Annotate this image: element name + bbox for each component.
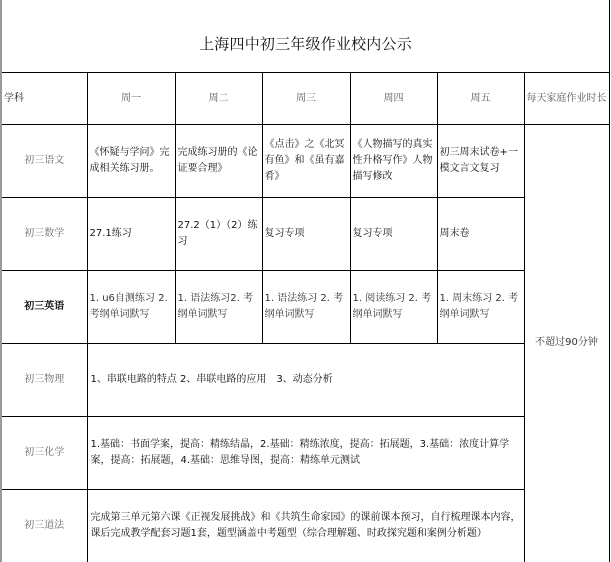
chinese-thursday: 《人物描写的真实性升格写作》人物描写修改 (350, 125, 437, 198)
subject-math: 初三数学 (2, 198, 87, 271)
math-monday: 27.1练习 (87, 198, 175, 271)
table-row-morality-law: 初三道法 完成第三单元第六课《正视发展挑战》和《共筑生命家园》的课前课本预习，自… (2, 490, 609, 562)
table-row-physics: 初三物理 1、串联电路的特点 2、串联电路的应用 3、动态分析 (2, 344, 609, 417)
table-row-english: 初三英语 1. u6自测练习 2. 考纲单词默写 1. 语法练习2. 考纲单词默… (2, 271, 609, 344)
header-thursday: 周四 (350, 73, 437, 125)
header-subject: 学科 (2, 73, 87, 125)
chinese-wednesday: 《点击》之《北冥有鱼》和《虽有嘉肴》 (262, 125, 350, 198)
english-thursday: 1. 阅读练习 2. 考纲单词默写 (350, 271, 437, 344)
english-monday: 1. u6自测练习 2. 考纲单词默写 (87, 271, 175, 344)
subject-physics: 初三物理 (2, 344, 87, 417)
header-duration: 每天家庭作业时长 (524, 73, 609, 125)
chinese-friday: 初三周末试卷+一模文言文复习 (437, 125, 524, 198)
english-wednesday: 1. 语法练习 2. 考纲单词默写 (262, 271, 350, 344)
math-wednesday: 复习专项 (262, 198, 350, 271)
math-thursday: 复习专项 (350, 198, 437, 271)
page-title: 上海四中初三年级作业校内公示 (199, 33, 412, 54)
math-friday: 周末卷 (437, 198, 524, 271)
chemistry-week: 1.基础：书面学案，提高：精练结晶，2.基础：精练浓度，提高：拓展题，3.基础：… (87, 417, 524, 490)
physics-week: 1、串联电路的特点 2、串联电路的应用 3、动态分析 (87, 344, 524, 417)
subject-chemistry: 初三化学 (2, 417, 87, 490)
math-tuesday: 27.2（1）（2）练习 (175, 198, 262, 271)
header-wednesday: 周三 (262, 73, 350, 125)
table-row-chinese: 初三语文 《怀疑与学问》完成相关练习册。 完成练习册的《论证要合理》 《点击》之… (2, 125, 609, 198)
chinese-monday: 《怀疑与学问》完成相关练习册。 (87, 125, 175, 198)
subject-morality-law: 初三道法 (2, 490, 87, 562)
chinese-tuesday: 完成练习册的《论证要合理》 (175, 125, 262, 198)
header-row: 学科 周一 周二 周三 周四 周五 每天家庭作业时长 (2, 73, 609, 125)
daily-duration: 不超过90分钟 (524, 125, 609, 562)
header-monday: 周一 (87, 73, 175, 125)
english-tuesday: 1. 语法练习2. 考纲单词默写 (175, 271, 262, 344)
morality-law-week: 完成第三单元第六课《正视发展挑战》和《共筑生命家园》的课前课本预习，自行梳理课本… (87, 490, 524, 562)
subject-chinese: 初三语文 (2, 125, 87, 198)
header-friday: 周五 (437, 73, 524, 125)
title-row: 上海四中初三年级作业校内公示 (2, 0, 610, 72)
table-row-chemistry: 初三化学 1.基础：书面学案，提高：精练结晶，2.基础：精练浓度，提高：拓展题，… (2, 417, 609, 490)
english-friday: 1. 周末练习 2. 考纲单词默写 (437, 271, 524, 344)
subject-english: 初三英语 (2, 271, 87, 344)
table-row-math: 初三数学 27.1练习 27.2（1）（2）练习 复习专项 复习专项 周末卷 (2, 198, 609, 271)
header-tuesday: 周二 (175, 73, 262, 125)
homework-table: 学科 周一 周二 周三 周四 周五 每天家庭作业时长 初三语文 《怀疑与学问》完… (2, 72, 610, 562)
